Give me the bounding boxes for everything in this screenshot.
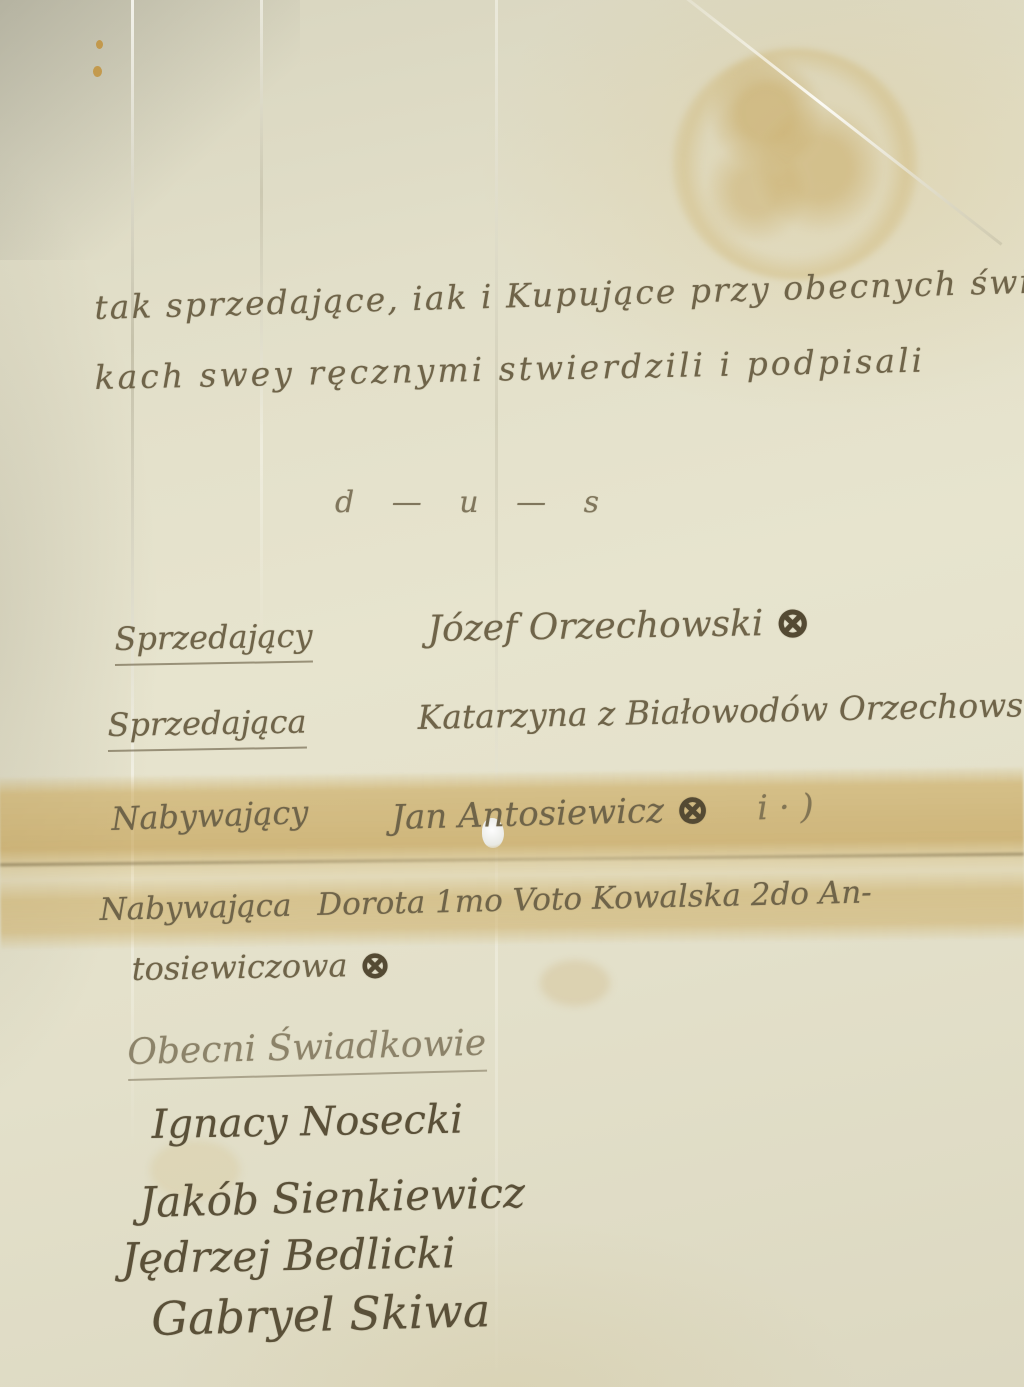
witness-signature: Ignacy Nosecki bbox=[151, 1097, 463, 1148]
witness-signature: Jakób Sienkiewicz bbox=[139, 1168, 526, 1227]
section-divider-flourish: d — u — s bbox=[335, 485, 613, 520]
party-row: Józef Orzechowski⊗ bbox=[427, 601, 808, 650]
party-name: Jan Antosiewicz bbox=[391, 791, 665, 838]
party-row: Sprzedający bbox=[114, 617, 313, 666]
cross-mark-icon: ⊗ bbox=[674, 785, 711, 836]
party-row: Nabywający bbox=[111, 793, 309, 838]
corner-shadow bbox=[0, 0, 300, 260]
party-role-label: Sprzedający bbox=[114, 617, 313, 666]
party-row: tosiewiczowa⊗ bbox=[131, 946, 388, 988]
party-name-continuation: tosiewiczowa bbox=[131, 946, 347, 988]
party-name: Józef Orzechowski bbox=[427, 603, 763, 650]
scanned-document: tak sprzedające, iak i Kupujące przy obe… bbox=[0, 0, 1024, 1387]
witnesses-header: Obecni Świadkowie bbox=[127, 1023, 487, 1081]
witnesses-section: Obecni Świadkowie bbox=[127, 1023, 487, 1073]
party-role-label: Nabywający bbox=[111, 793, 309, 838]
cross-mark-icon: ⊗ bbox=[358, 941, 392, 989]
ink-speck bbox=[96, 40, 103, 49]
party-role-label: Sprzedająca bbox=[107, 703, 307, 752]
stain-blotch bbox=[540, 960, 610, 1006]
witness-signature: Gabryel Skiwa bbox=[151, 1283, 491, 1346]
witness-signature: Jędrzej Bedlicki bbox=[121, 1228, 456, 1283]
cross-mark-icon: ⊗ bbox=[773, 596, 812, 649]
party-row: Sprzedająca bbox=[107, 703, 307, 752]
ink-speck bbox=[93, 66, 102, 77]
party-role-label: Nabywająca bbox=[99, 888, 292, 928]
stray-marks: i · ) bbox=[757, 787, 815, 828]
